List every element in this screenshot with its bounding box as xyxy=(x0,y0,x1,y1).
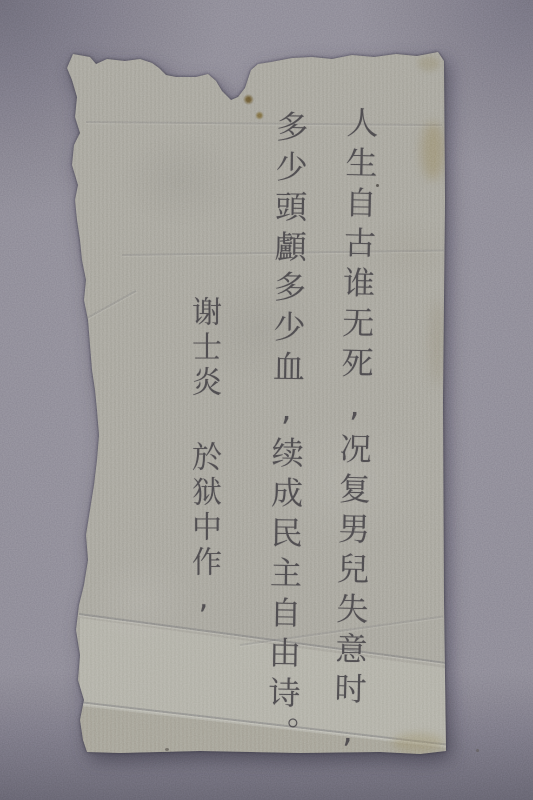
backdrop-speck xyxy=(476,749,479,752)
stain-bottom-edge xyxy=(392,733,444,753)
stain-spot-top-2 xyxy=(255,111,264,120)
crease-line-signature xyxy=(87,290,137,318)
stain-right-edge-2 xyxy=(430,300,445,385)
ink-speck-2 xyxy=(165,748,169,751)
signature-column: 谢士炎 於狱中作, xyxy=(181,296,225,621)
crease-line-upper xyxy=(86,121,442,126)
stain-top-right-corner xyxy=(418,56,440,71)
poem-column-middle: 多少頭顱多少血,续成民主自由诗。 xyxy=(258,110,313,757)
torn-paper-sheet: 人生自古谁无死,况复男兒失意时, 多少頭顱多少血,续成民主自由诗。 谢士炎 於狱… xyxy=(0,0,533,800)
photo-of-handwritten-note: 人生自古谁无死,况复男兒失意时, 多少頭顱多少血,续成民主自由诗。 谢士炎 於狱… xyxy=(0,0,533,800)
torn-paper-shadow-wrap: 人生自古谁无死,况复男兒失意时, 多少頭顱多少血,续成民主自由诗。 谢士炎 於狱… xyxy=(0,0,533,800)
stain-spot-top xyxy=(243,94,254,105)
stain-right-edge xyxy=(421,122,445,180)
